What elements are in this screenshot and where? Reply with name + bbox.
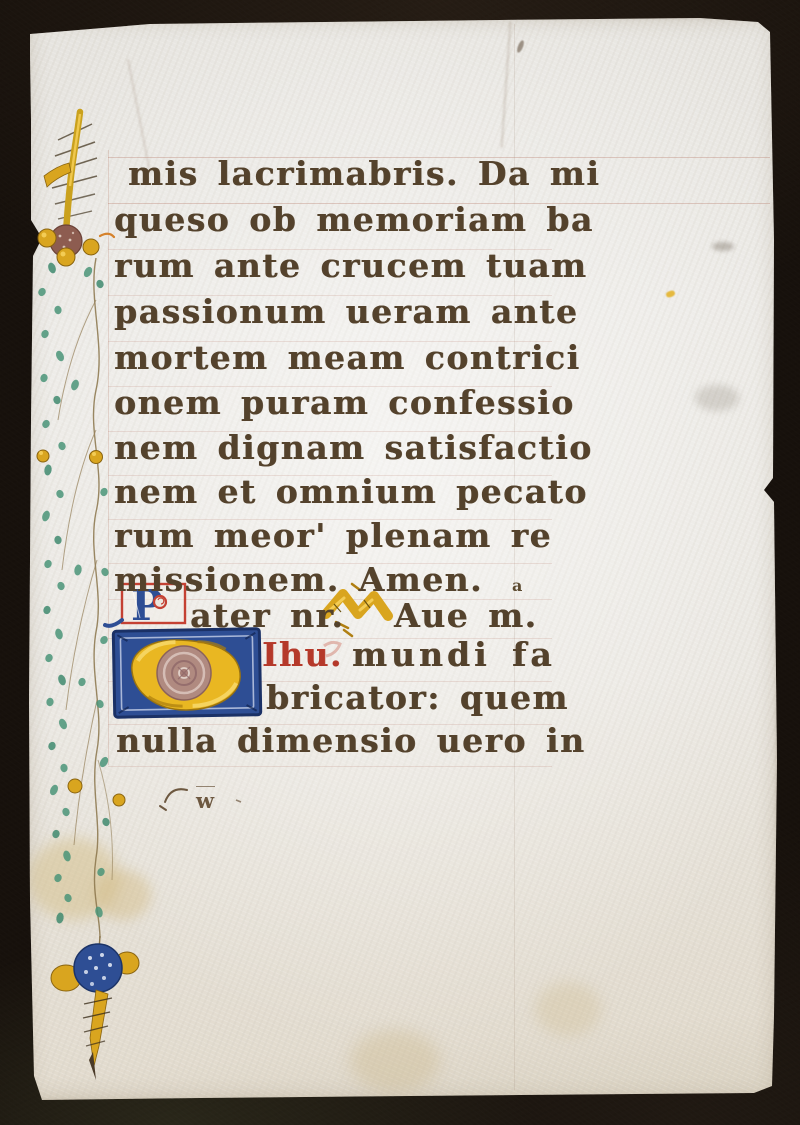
text-line-7: nem dignam satisfactio: [114, 429, 593, 467]
pater-text-after: Aue m.: [394, 597, 538, 635]
text-line-6: onem puram confessio: [114, 384, 575, 422]
ink-speck-top: [516, 40, 526, 54]
text-line-8: nem et omnium pecato: [114, 473, 588, 511]
text-line-14: nulla dimensio uero in: [116, 722, 585, 760]
text-line-3: rum ante crucem tuam: [114, 247, 587, 285]
text-line-12: mundi fa: [352, 636, 556, 674]
catchword: w: [196, 786, 215, 813]
stain-bottom-left-2: [95, 870, 151, 920]
gold-fleck: [665, 290, 676, 299]
text-line-9: rum meor' plenam re: [114, 517, 552, 555]
text-line-13: bricator: quem: [266, 679, 569, 717]
smudge-right-mid: [695, 385, 739, 411]
smudge-right-top: [712, 242, 734, 251]
stain-bottom-center: [350, 1030, 440, 1092]
stain-bottom-left: [28, 838, 120, 920]
text-line-2: queso ob memoriam ba: [114, 201, 594, 239]
text-line-10: missionem. Amen.: [114, 561, 483, 599]
rubric-ihesu: Ihu.: [262, 636, 343, 674]
manuscript-photo: P O: [0, 0, 800, 1125]
crease-right: [501, 22, 512, 148]
text-line-1: mis lacrimabris. Da mi: [128, 155, 600, 193]
text-line-5: mortem meam contrici: [114, 339, 581, 377]
guide-letter: a: [512, 576, 522, 595]
text-line-4: passionum ueram ante: [114, 293, 578, 331]
pater-text-before: ater nr.: [190, 597, 344, 635]
stain-bottom-right: [535, 982, 601, 1036]
